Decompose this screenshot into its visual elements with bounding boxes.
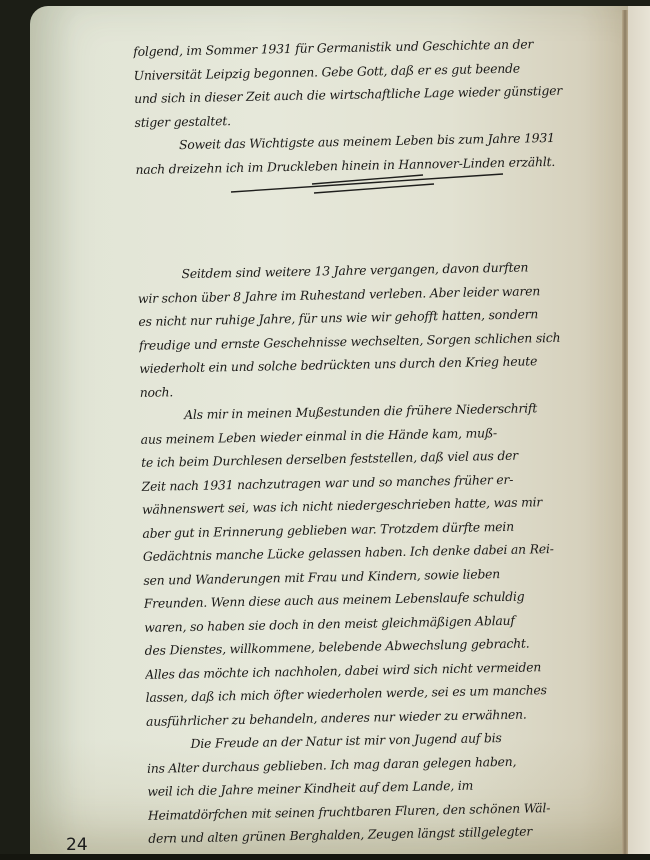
page-number: 24: [66, 835, 88, 855]
handwritten-text: folgend, im Sommer 1931 für Germanistik …: [133, 31, 630, 851]
paragraph-block-2: Seitdem sind weitere 13 Jahre vergangen,…: [137, 254, 630, 851]
section-divider-space: [136, 172, 619, 263]
paragraph-block-1: folgend, im Sommer 1931 für Germanistik …: [133, 31, 618, 181]
adjacent-page-edge: [628, 6, 650, 860]
page-bottom-shadow: [0, 854, 650, 860]
